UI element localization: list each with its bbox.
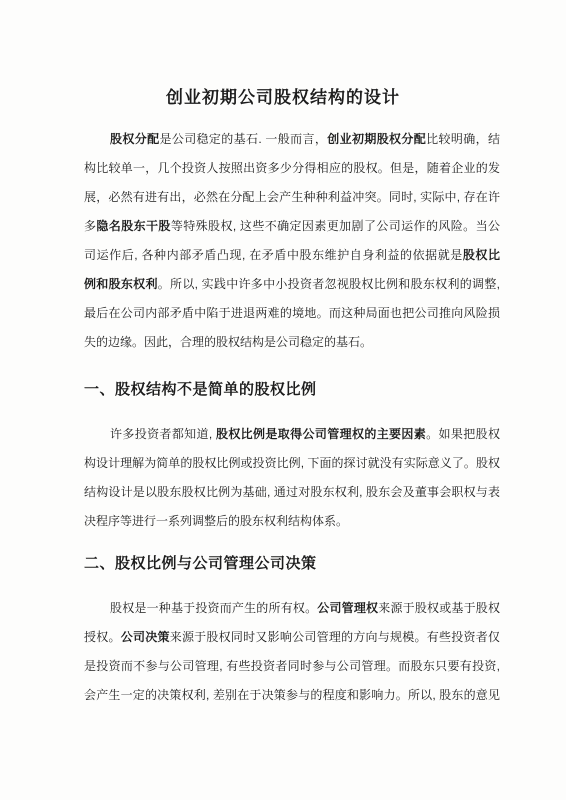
text-line: 展，必然有进有出，必然在分配上会产生种种利益冲突。同时, 实际中, 存在许 [84,183,500,212]
text-line: 会产生一定的决策权利, 差别在于决策参与的程度和影响力。所以, 股东的意见能 [84,681,500,710]
text-line: 是投资而不参与公司管理, 有些投资者同时参与公司管理。而股东只要有投资, 就 [84,652,500,681]
text-line: 股权是一种基于投资而产生的所有权。公司管理权来源于股权或基于股权的 [84,594,500,623]
text-segment: 构比较单一，几个投资人按照出资多少分得相应的股权。但是，随着企业的发 [84,161,500,175]
text-segment: 司运作后, 各种内部矛盾凸现, 在矛盾中股东维护自身利益的依据就是 [84,248,463,262]
text-line: 例和股东权利。所以, 实践中许多中小投资者忽视股权比例和股东权利的调整, [84,270,500,299]
document-page: 创业初期公司股权结构的设计 股权分配是公司稳定的基石. 一般而言，创业初期股权分… [0,0,566,800]
paragraph: 股权分配是公司稳定的基石. 一般而言，创业初期股权分配比较明确，结构比较单一，几… [84,125,500,357]
paragraph: 股权是一种基于投资而产生的所有权。公司管理权来源于股权或基于股权的授权。公司决策… [84,594,500,710]
paragraph: 许多投资者都知道, 股权比例是取得公司管理权的主要因素。如果把股权结构设计理解为… [84,420,500,536]
text-segment: 失的边缘。因此，合理的股权结构是公司稳定的基石。 [84,335,372,349]
document-title: 创业初期公司股权结构的设计 [0,0,566,110]
text-segment: 是公司稳定的基石. 一般而言， [159,132,327,146]
text-line: 股权分配是公司稳定的基石. 一般而言，创业初期股权分配比较明确，结 [84,125,500,154]
text-line: 最后在公司内部矛盾中陷于进退两难的境地。而这种局面也把公司推向风险损 [84,299,500,328]
text-segment: 等特殊股权, 这些不确定因素更加剧了公司运作的风险。当公 [171,219,500,233]
text-line: 授权。公司决策来源于股权同时又影响公司管理的方向与规模。有些投资者仅仅 [84,623,500,652]
text-segment: 会产生一定的决策权利, 差别在于决策参与的程度和影响力。所以, 股东的意见能 [84,688,500,710]
text-line: 许多投资者都知道, 股权比例是取得公司管理权的主要因素。如果把股权结 [84,420,500,449]
text-line: 结构设计是以股东股权比例为基础, 通过对股东权利, 股东会及董事会职权与表 [84,478,500,507]
text-segment: 构设计理解为简单的股权比例或投资比例, 下面的探讨就没有实际意义了。股权 [84,456,500,470]
text-segment: 最后在公司内部矛盾中陷于进退两难的境地。而这种局面也把公司推向风险损 [84,306,500,320]
section-heading: 二、股权比例与公司管理公司决策 [84,549,500,578]
text-segment: 股权比 [463,248,500,262]
text-line: 构比较单一，几个投资人按照出资多少分得相应的股权。但是，随着企业的发 [84,154,500,183]
text-segment: 隐名股东干股 [96,219,170,233]
text-segment: 比较明确，结 [426,132,500,146]
document-body: 股权分配是公司稳定的基石. 一般而言，创业初期股权分配比较明确，结构比较单一，几… [84,125,500,710]
text-segment: 授权。 [84,630,121,644]
text-segment: 公司决策 [121,630,170,644]
text-segment: 结构设计是以股东股权比例为基础, 通过对股东权利, 股东会及董事会职权与表 [84,485,500,499]
text-line: 失的边缘。因此，合理的股权结构是公司稳定的基石。 [84,328,500,357]
text-segment: 股权比例是取得公司管理权的主要因素 [216,427,426,441]
text-line: 司运作后, 各种内部矛盾凸现, 在矛盾中股东维护自身利益的依据就是股权比 [84,241,500,270]
text-segment: 股权是一种基于投资而产生的所有权。 [110,601,317,615]
text-segment: 创业初期股权分配 [327,132,426,146]
text-segment: 许多投资者都知道, [110,427,216,441]
text-segment: 是投资而不参与公司管理, 有些投资者同时参与公司管理。而股东只要有投资, 就 [84,659,500,681]
text-segment: 。所以, 实践中许多中小投资者忽视股权比例和股东权利的调整, [158,277,500,291]
text-segment: 展，必然有进有出，必然在分配上会产生种种利益冲突。同时, 实际中, 存在许 [84,190,500,204]
text-segment: 决程序等进行一系列调整后的股东权利结构体系。 [84,514,348,528]
text-segment: 公司管理权 [317,601,378,615]
text-segment: 多 [84,219,96,233]
section-heading: 一、股权结构不是简单的股权比例 [84,375,500,404]
text-line: 决程序等进行一系列调整后的股东权利结构体系。 [84,507,500,536]
text-segment: 股权分配 [110,132,159,146]
text-segment: 例和股东权利 [84,277,158,291]
text-line: 构设计理解为简单的股权比例或投资比例, 下面的探讨就没有实际意义了。股权 [84,449,500,478]
text-line: 多隐名股东干股等特殊股权, 这些不确定因素更加剧了公司运作的风险。当公 [84,212,500,241]
